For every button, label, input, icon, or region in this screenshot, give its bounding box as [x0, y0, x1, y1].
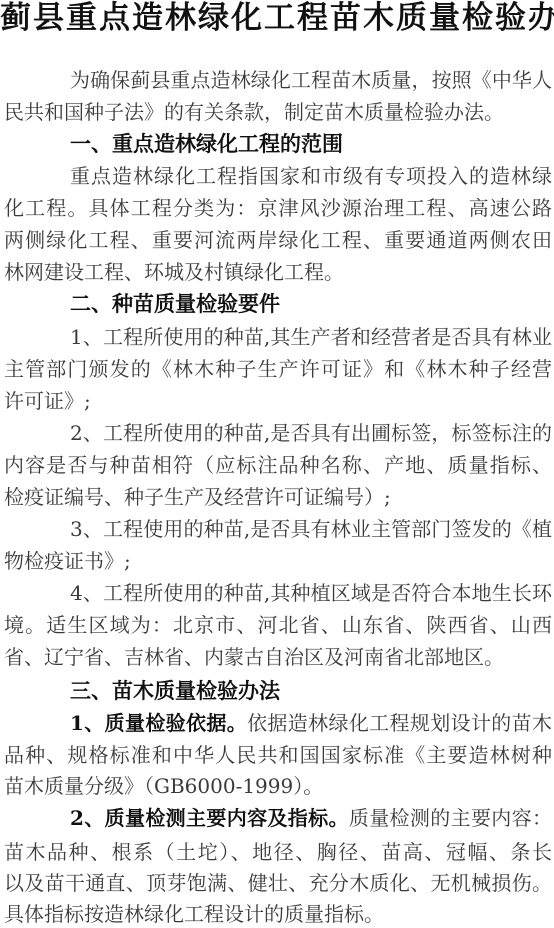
subsection-line: 1、质量检验依据。依据造林绿化工程规划设计的苗木: [4, 707, 552, 739]
paragraph-line: 省、辽宁省、吉林省、内蒙古自治区及河南省北部地区。: [4, 641, 552, 673]
document-title: 蓟县重点造林绿化工程苗木质量检验办法: [0, 0, 554, 36]
paragraph-line: 两侧绿化工程、重要河流两岸绿化工程、重要通道两侧农田: [4, 224, 552, 256]
paragraph-line: 物检疫证书》;: [4, 545, 552, 577]
intro-line-2: 民共和国种子法》的有关条款，制定苗木质量检验办法。: [4, 96, 552, 128]
paragraph-line: 4、工程所使用的种苗,其种植区域是否符合本地生长环: [4, 577, 552, 609]
paragraph-line: 重点造林绿化工程指国家和市级有专项投入的造林绿: [4, 160, 552, 192]
paragraph-line: 化工程。具体工程分类为：京津风沙源治理工程、高速公路: [4, 192, 552, 224]
paragraph-line: 主管部门颁发的《林木种子生产许可证》和《林木种子经营: [4, 353, 552, 385]
paragraph-line: 品种、规格标准和中华人民共和国国家标准《主要造林树种: [4, 739, 552, 771]
paragraph-line: 林网建设工程、环城及村镇绿化工程。: [4, 256, 552, 288]
subsection-title-1: 1、质量检验依据。: [70, 711, 247, 735]
subsection-line: 2、质量检测主要内容及指标。质量检测的主要内容：: [4, 802, 552, 834]
paragraph-line: 具体指标按造林绿化工程设计的质量指标。: [4, 898, 552, 928]
intro-line-1: 为确保蓟县重点造林绿化工程苗木质量，按照《中华人: [4, 64, 552, 96]
paragraph-line: 以及苗干通直、顶芽饱满、健壮、充分木质化、无机械损伤。: [4, 867, 552, 899]
paragraph-line: 2、工程所使用的种苗,是否具有出圃标签，标签标注的: [4, 417, 552, 449]
paragraph-line: 境。适生区域为：北京市、河北省、山东省、陕西省、山西: [4, 609, 552, 641]
subsection-title-2: 2、质量检测主要内容及指标。: [70, 806, 349, 830]
paragraph-line: 苗木质量分级》（GB6000-1999）。: [4, 770, 552, 802]
section-heading-2: 二、种苗质量检验要件: [4, 288, 552, 320]
section-heading-3: 三、苗木质量检验办法: [4, 675, 552, 707]
section-heading-1: 一、重点造林绿化工程的范围: [4, 128, 552, 160]
paragraph-text: 依据造林绿化工程规划设计的苗木: [247, 711, 552, 735]
paragraph-line: 许可证》;: [4, 385, 552, 417]
paragraph-line: 3、工程使用的种苗,是否具有林业主管部门签发的《植: [4, 513, 552, 545]
paragraph-line: 苗木品种、根系（土坨）、地径、胸径、苗高、冠幅、条长: [4, 836, 552, 868]
paragraph-line: 1、工程所使用的种苗,其生产者和经营者是否具有林业: [4, 321, 552, 353]
paragraph-line: 内容是否与种苗相符（应标注品种名称、产地、质量指标、: [4, 449, 552, 481]
document-page: 蓟县重点造林绿化工程苗木质量检验办法 为确保蓟县重点造林绿化工程苗木质量，按照《…: [0, 0, 554, 928]
paragraph-text: 质量检测的主要内容：: [349, 806, 552, 830]
paragraph-line: 检疫证编号、种子生产及经营许可证编号）;: [4, 481, 552, 513]
